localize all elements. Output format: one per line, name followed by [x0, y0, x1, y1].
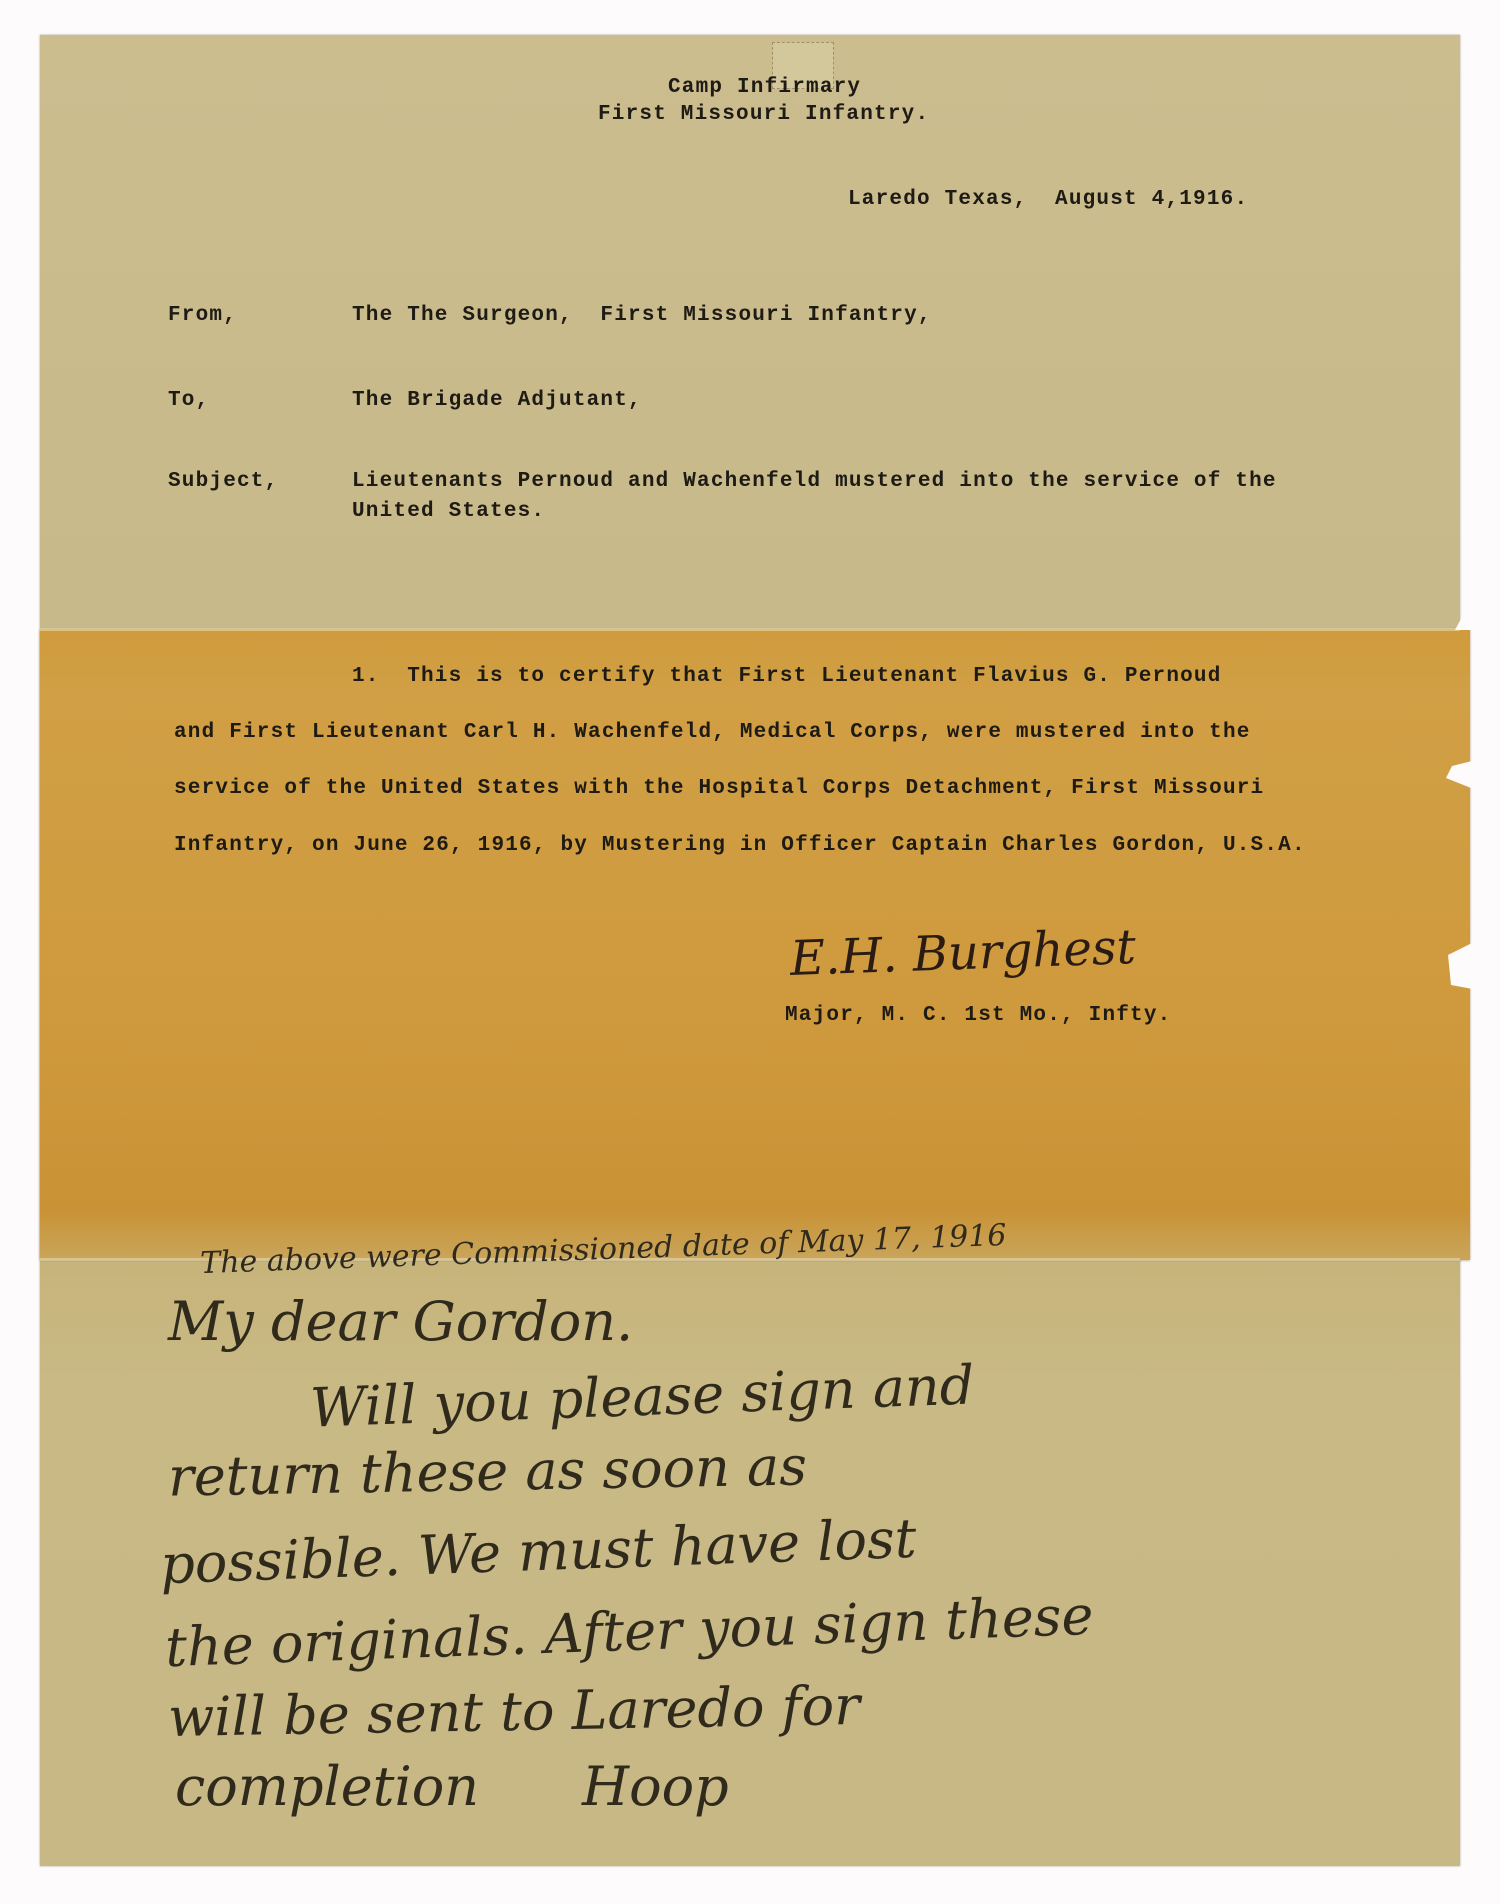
fold-crease-upper	[40, 628, 1460, 631]
letterhead-line1: Camp Infirmary	[668, 76, 861, 99]
from-value: The The Surgeon, First Missouri Infantry…	[352, 304, 932, 327]
edge-tear	[1455, 560, 1500, 630]
signature-title: Major, M. C. 1st Mo., Infty.	[785, 1004, 1171, 1027]
dateline: Laredo Texas, August 4,1916.	[848, 188, 1248, 211]
handwritten-line: completion Hoop	[175, 1755, 729, 1818]
body-line: 1. This is to certify that First Lieuten…	[352, 665, 1222, 688]
subject-line1: Lieutenants Pernoud and Wachenfeld muste…	[352, 470, 1277, 493]
letterhead-line2: First Missouri Infantry.	[598, 103, 929, 126]
from-label: From,	[168, 304, 237, 327]
to-value: The Brigade Adjutant,	[352, 389, 642, 412]
body-line: Infantry, on June 26, 1916, by Mustering…	[174, 834, 1306, 857]
subject-label: Subject,	[168, 470, 278, 493]
body-line: and First Lieutenant Carl H. Wachenfeld,…	[174, 721, 1251, 744]
handwritten-line: will be sent to Laredo for	[168, 1674, 861, 1749]
to-label: To,	[168, 389, 209, 412]
handwritten-line: My dear Gordon.	[168, 1290, 633, 1353]
handwritten-line: return these as soon as	[167, 1434, 807, 1508]
subject-line2: United States.	[352, 500, 545, 523]
body-line: service of the United States with the Ho…	[174, 777, 1264, 800]
